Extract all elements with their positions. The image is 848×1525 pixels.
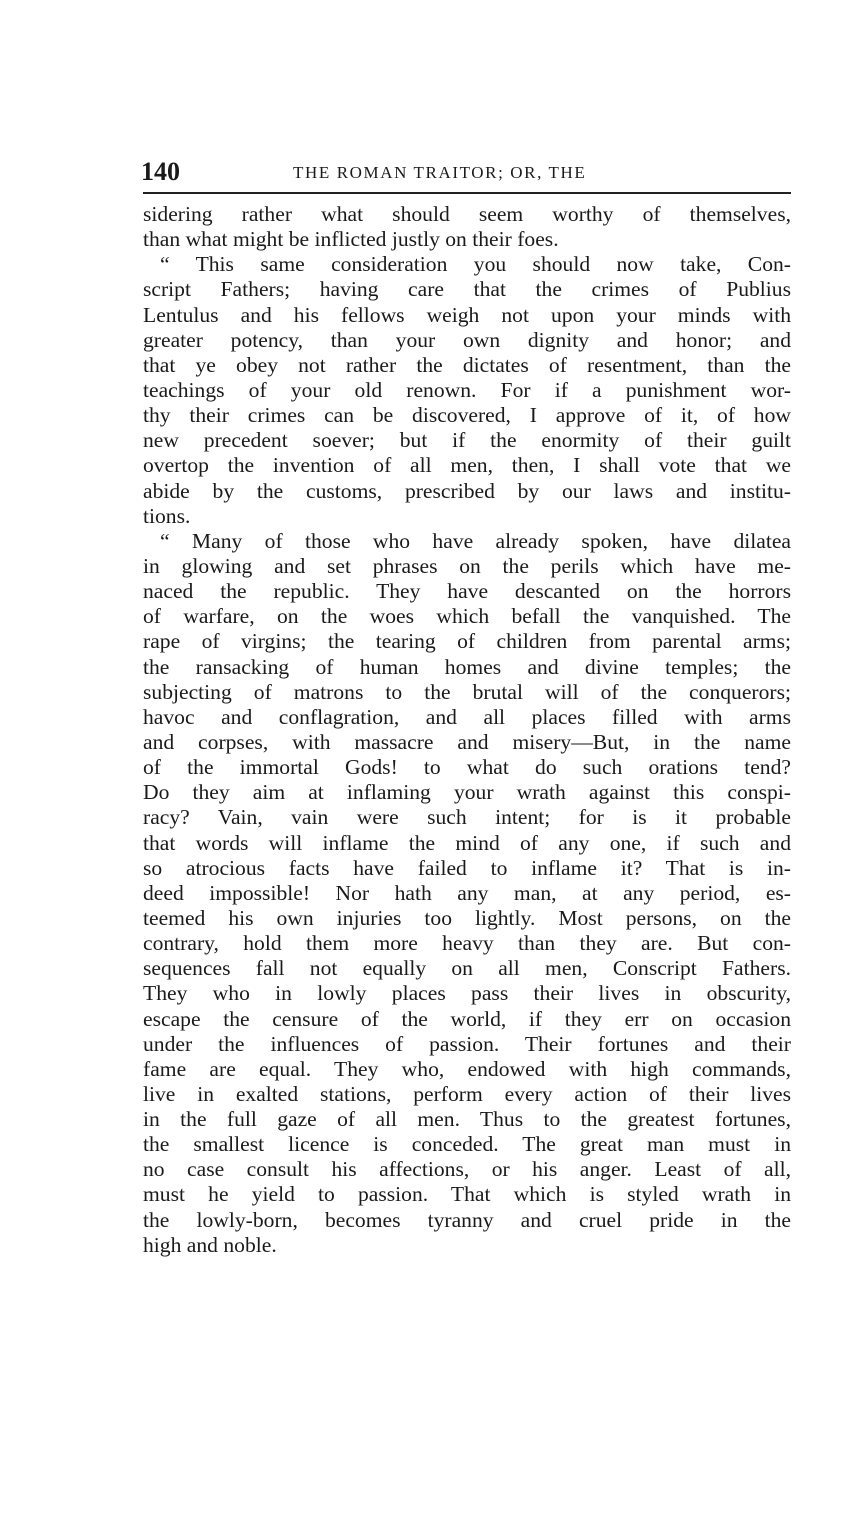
text-line: the ransacking of human homes and divine… bbox=[143, 655, 791, 680]
header-rule bbox=[143, 192, 791, 194]
text-line: and corpses, with massacre and misery—Bu… bbox=[143, 730, 791, 755]
text-line: no case consult his affections, or his a… bbox=[143, 1157, 791, 1182]
text-line: abide by the customs, prescribed by our … bbox=[143, 479, 791, 504]
text-line: thy their crimes can be discovered, I ap… bbox=[143, 403, 791, 428]
body-text: sidering rather what should seem worthy … bbox=[143, 202, 791, 1258]
text-line: greater potency, than your own dignity a… bbox=[143, 328, 791, 353]
text-line: of warfare, on the woes which befall the… bbox=[143, 604, 791, 629]
text-line: live in exalted stations, perform every … bbox=[143, 1082, 791, 1107]
text-line: fame are equal. They who, endowed with h… bbox=[143, 1057, 791, 1082]
text-line: script Fathers; having care that the cri… bbox=[143, 277, 791, 302]
text-line: Lentulus and his fellows weigh not upon … bbox=[143, 303, 791, 328]
text-line: the smallest licence is conceded. The gr… bbox=[143, 1132, 791, 1157]
text-line: They who in lowly places pass their live… bbox=[143, 981, 791, 1006]
text-line: teemed his own injuries too lightly. Mos… bbox=[143, 906, 791, 931]
text-line: than what might be inflicted justly on t… bbox=[143, 227, 791, 252]
book-page: 140 THE ROMAN TRAITOR; OR, THE sidering … bbox=[0, 0, 848, 1525]
text-line: havoc and conflagration, and all places … bbox=[143, 705, 791, 730]
text-line: contrary, hold them more heavy than they… bbox=[143, 931, 791, 956]
text-line: high and noble. bbox=[143, 1233, 791, 1258]
text-line: so atrocious facts have failed to inflam… bbox=[143, 856, 791, 881]
text-line: subjecting of matrons to the brutal will… bbox=[143, 680, 791, 705]
text-line: sequences fall not equally on all men, C… bbox=[143, 956, 791, 981]
text-line: of the immortal Gods! to what do such or… bbox=[143, 755, 791, 780]
text-line: “ This same consideration you should now… bbox=[143, 252, 791, 277]
text-line: new precedent soever; but if the enormit… bbox=[143, 428, 791, 453]
text-line: must he yield to passion. That which is … bbox=[143, 1182, 791, 1207]
text-line: under the influences of passion. Their f… bbox=[143, 1032, 791, 1057]
text-line: in glowing and set phrases on the perils… bbox=[143, 554, 791, 579]
text-line: racy? Vain, vain were such intent; for i… bbox=[143, 805, 791, 830]
page-header: 140 THE ROMAN TRAITOR; OR, THE bbox=[141, 157, 791, 187]
text-line: tions. bbox=[143, 504, 791, 529]
text-line: Do they aim at inflaming your wrath agai… bbox=[143, 780, 791, 805]
text-line: “ Many of those who have already spoken,… bbox=[143, 529, 791, 554]
text-line: teachings of your old renown. For if a p… bbox=[143, 378, 791, 403]
text-line: naced the republic. They have descanted … bbox=[143, 579, 791, 604]
text-line: in the full gaze of all men. Thus to the… bbox=[143, 1107, 791, 1132]
text-line: that ye obey not rather the dictates of … bbox=[143, 353, 791, 378]
text-line: overtop the invention of all men, then, … bbox=[143, 453, 791, 478]
text-line: escape the censure of the world, if they… bbox=[143, 1007, 791, 1032]
text-line: that words will inflame the mind of any … bbox=[143, 831, 791, 856]
text-line: sidering rather what should seem worthy … bbox=[143, 202, 791, 227]
text-line: deed impossible! Nor hath any man, at an… bbox=[143, 881, 791, 906]
text-line: rape of virgins; the tearing of children… bbox=[143, 629, 791, 654]
running-head: THE ROMAN TRAITOR; OR, THE bbox=[293, 163, 586, 183]
page-number: 140 bbox=[141, 157, 180, 187]
text-line: the lowly-born, becomes tyranny and crue… bbox=[143, 1208, 791, 1233]
